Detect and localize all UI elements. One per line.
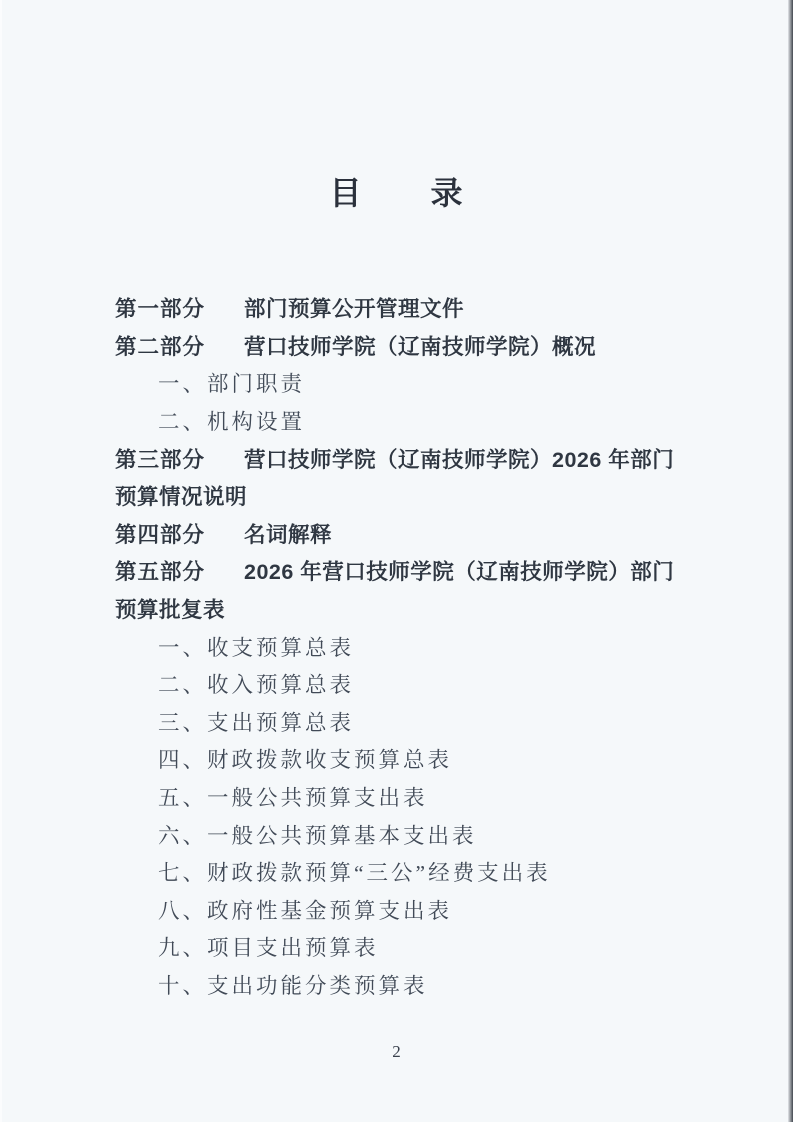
toc-entry: 十、支出功能分类预算表 xyxy=(115,966,733,1004)
toc-entry-text: 九、项目支出预算表 xyxy=(158,931,379,962)
toc-entry: 八、政府性基金预算支出表 xyxy=(115,891,733,929)
toc-entry-text: 三、支出预算总表 xyxy=(158,706,354,737)
toc-entry: 三、支出预算总表 xyxy=(115,703,733,741)
toc-entry: 六、一般公共预算基本支出表 xyxy=(115,815,733,853)
toc-entry: 预算情况说明 xyxy=(115,477,733,515)
toc-entry-text: 七、财政拨款预算“三公”经费支出表 xyxy=(158,856,551,887)
document-title-char-1: 目 xyxy=(329,175,362,211)
toc-entry: 七、财政拨款预算“三公”经费支出表 xyxy=(115,853,733,891)
toc-entry-text: 二、机构设置 xyxy=(158,405,305,436)
toc-entry-text: 预算情况说明 xyxy=(115,480,247,511)
toc-entry: 九、项目支出预算表 xyxy=(115,928,733,966)
toc-entry-text: 营口技师学院（辽南技师学院）2026 年部门 xyxy=(244,443,674,474)
toc-entry: 一、部门职责 xyxy=(115,364,733,402)
toc-entry: 四、财政拨款收支预算总表 xyxy=(115,740,733,778)
toc-entry: 第三部分营口技师学院（辽南技师学院）2026 年部门 xyxy=(115,439,733,477)
toc-part-label: 第五部分 xyxy=(115,555,244,586)
toc-part-label: 第二部分 xyxy=(115,330,244,361)
toc-entry-text: 部门预算公开管理文件 xyxy=(244,292,464,323)
page-number: 2 xyxy=(0,1042,793,1062)
toc-list: 第一部分部门预算公开管理文件第二部分营口技师学院（辽南技师学院）概况一、部门职责… xyxy=(115,289,733,1003)
toc-entry-text: 四、财政拨款收支预算总表 xyxy=(158,743,452,774)
toc-entry-text: 二、收入预算总表 xyxy=(158,668,354,699)
toc-entry-text: 一、部门职责 xyxy=(158,367,305,398)
toc-entry-text: 十、支出功能分类预算表 xyxy=(158,969,428,1000)
document-title: 目 录 xyxy=(0,175,793,211)
toc-entry-text: 五、一般公共预算支出表 xyxy=(158,781,428,812)
toc-entry: 第五部分2026 年营口技师学院（辽南技师学院）部门 xyxy=(115,552,733,590)
toc-entry: 一、收支预算总表 xyxy=(115,627,733,665)
toc-entry-text: 一、收支预算总表 xyxy=(158,631,354,662)
document-page: 目 录 第一部分部门预算公开管理文件第二部分营口技师学院（辽南技师学院）概况一、… xyxy=(0,0,793,1122)
scan-edge-left xyxy=(0,0,2,1122)
toc-entry: 二、收入预算总表 xyxy=(115,665,733,703)
toc-entry-text: 六、一般公共预算基本支出表 xyxy=(158,819,477,850)
scan-edge-right xyxy=(788,0,793,1122)
toc-entry-text: 名词解释 xyxy=(244,518,332,549)
toc-entry-text: 营口技师学院（辽南技师学院）概况 xyxy=(244,330,596,361)
toc-part-label: 第一部分 xyxy=(115,292,244,323)
toc-entry-text: 2026 年营口技师学院（辽南技师学院）部门 xyxy=(244,555,674,586)
document-title-char-2: 录 xyxy=(431,175,464,211)
toc-entry: 第一部分部门预算公开管理文件 xyxy=(115,289,733,327)
toc-entry: 五、一般公共预算支出表 xyxy=(115,778,733,816)
toc-entry-text: 预算批复表 xyxy=(115,593,225,624)
toc-entry: 第四部分名词解释 xyxy=(115,515,733,553)
toc-entry-text: 八、政府性基金预算支出表 xyxy=(158,894,452,925)
toc-part-label: 第四部分 xyxy=(115,518,244,549)
toc-entry: 第二部分营口技师学院（辽南技师学院）概况 xyxy=(115,327,733,365)
toc-entry: 二、机构设置 xyxy=(115,402,733,440)
toc-entry: 预算批复表 xyxy=(115,590,733,628)
toc-part-label: 第三部分 xyxy=(115,443,244,474)
